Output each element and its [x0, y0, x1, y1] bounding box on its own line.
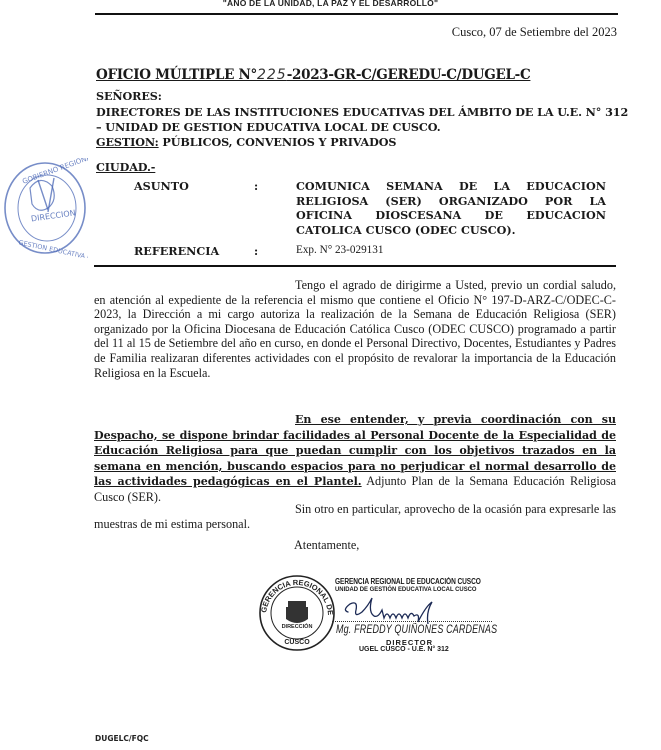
- svg-text:DIRECCIÓN: DIRECCIÓN: [282, 622, 313, 630]
- signer-unit: UGEL CUSCO - U.E. N° 312: [359, 646, 449, 653]
- asunto-first-line: COMUNICA SEMANA DE LA EDUCACION: [296, 179, 606, 194]
- oficio-number: 225: [257, 67, 287, 83]
- body-paragraph-3: Sin otro en particular, aprovecho de la …: [94, 502, 616, 531]
- salutation: SEÑORES:: [96, 89, 162, 104]
- asunto-rest: RELIGIOSA (SER) ORGANIZADO POR LA OFICIN…: [296, 194, 606, 237]
- oficio-suffix: -2023-GR-C/GEREDU-C/DUGEL-C: [287, 67, 531, 83]
- oficio-prefix: OFICIO MÚLTIPLE N°: [96, 67, 257, 83]
- city-line: CIUDAD.-: [96, 160, 155, 175]
- signature-org-line-1: GERENCIA REGIONAL DE EDUCACIÓN CUSCO: [335, 577, 481, 586]
- body-paragraph-2: En ese entender, y previa coordinación c…: [94, 412, 616, 505]
- svg-text:DIRECCION: DIRECCION: [30, 208, 76, 223]
- svg-text:CUSCO: CUSCO: [284, 639, 310, 646]
- signature-dotted-line: [332, 621, 492, 622]
- signer-name: Mg. FREDDY QUIÑONES CARDENAS: [336, 624, 497, 636]
- reference-initials: DUGELC/FQC: [95, 734, 149, 743]
- referencia-colon: :: [254, 244, 258, 258]
- signature-stamp-icon: DIRECCIÓN CUSCO GERENCIA REGIONAL DE EDU…: [258, 574, 336, 652]
- svg-text:GESTION EDUCATIVA LOCAL: GESTION EDUCATIVA LOCAL: [18, 238, 88, 258]
- gestion-value: PÚBLICOS, CONVENIOS Y PRIVADOS: [159, 135, 397, 149]
- asunto-label: ASUNTO: [134, 179, 189, 193]
- referencia-value: Exp. N° 23-029131: [296, 244, 383, 256]
- handwritten-signature-icon: [340, 592, 460, 624]
- gestion-line: GESTION: PÚBLICOS, CONVENIOS Y PRIVADOS: [96, 135, 396, 150]
- year-motto: "AÑO DE LA UNIDAD, LA PAZ Y EL DESARROLL…: [0, 0, 661, 8]
- asunto-colon: :: [254, 179, 258, 193]
- asunto-text: COMUNICA SEMANA DE LA EDUCACION RELIGIOS…: [296, 179, 606, 237]
- gestion-label: GESTION:: [96, 135, 159, 149]
- oficio-title: OFICIO MÚLTIPLE N°225-2023-GR-C/GEREDU-C…: [96, 67, 530, 83]
- left-stamp-icon: DIRECCION GOBIERNO REGIONAL GESTION EDUC…: [2, 158, 88, 258]
- addressee-directors: DIRECTORES DE LAS INSTITUCIONES EDUCATIV…: [96, 105, 636, 135]
- closing: Atentamente,: [294, 538, 359, 553]
- header-rule: [95, 13, 618, 15]
- date-line: Cusco, 07 de Setiembre del 2023: [452, 25, 617, 40]
- referencia-label: REFERENCIA: [134, 244, 219, 258]
- section-divider: [94, 265, 616, 267]
- body-paragraph-1: Tengo el agrado de dirigirme a Usted, pr…: [94, 278, 616, 380]
